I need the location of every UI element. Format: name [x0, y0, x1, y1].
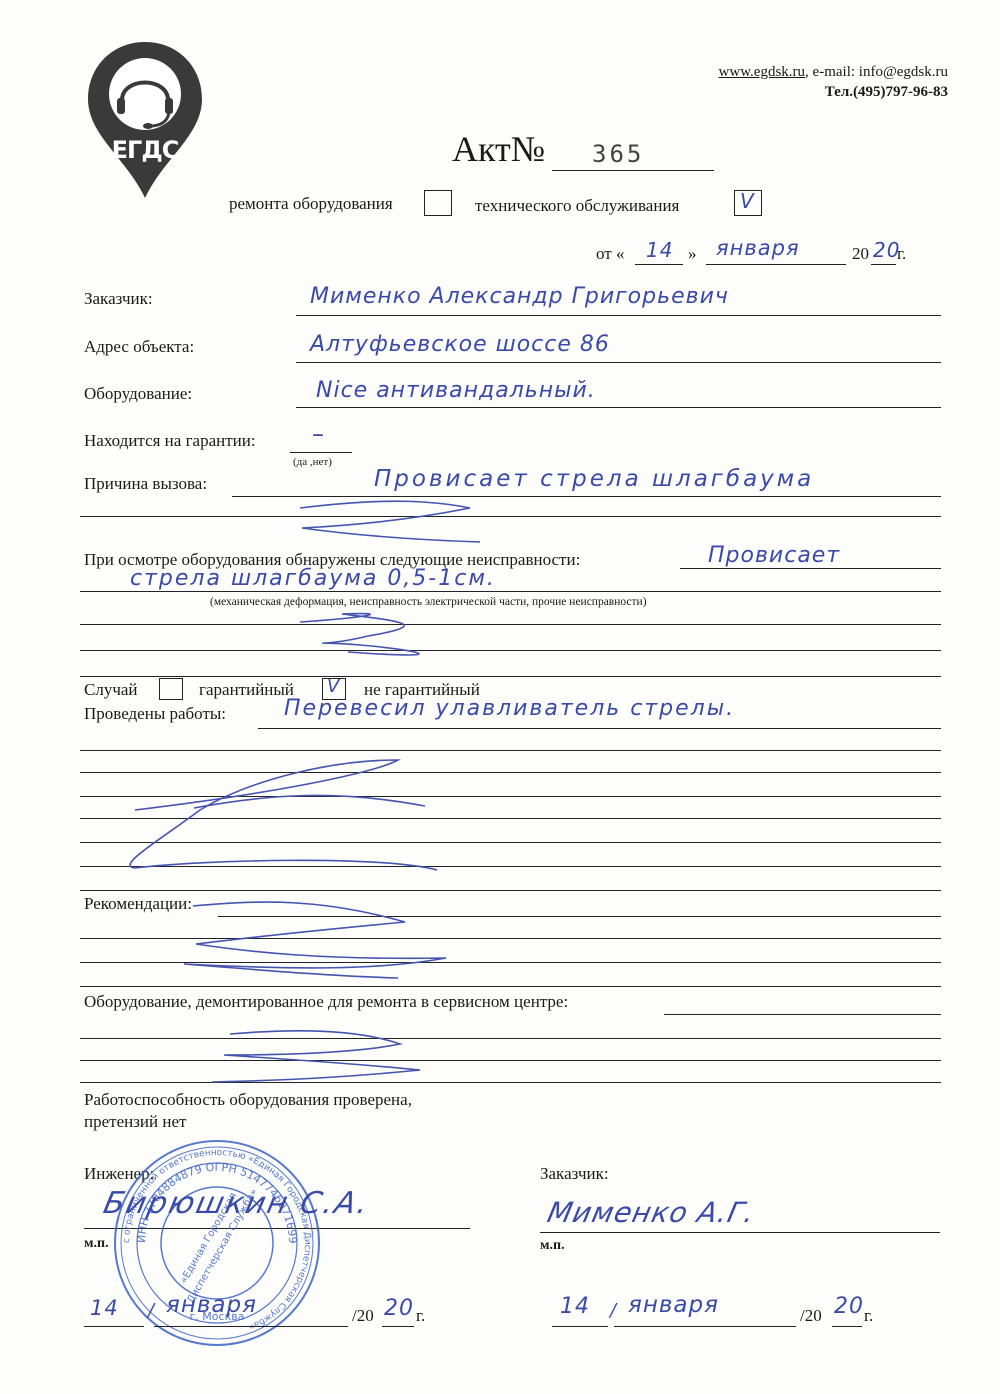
customer-signature-line: [540, 1232, 940, 1233]
engineer-date-sep: /: [148, 1300, 155, 1321]
engineer-date-month[interactable]: января: [166, 1292, 257, 1318]
customer-date-sep: /: [610, 1300, 617, 1321]
customer-date-month-line: [614, 1326, 796, 1327]
engineer-date-suffix: г.: [416, 1306, 425, 1326]
customer-date-year-prefix: /20: [800, 1306, 822, 1326]
customer-date-day[interactable]: 14: [560, 1294, 590, 1319]
engineer-date-year[interactable]: 20: [384, 1296, 414, 1321]
customer-date-day-line: [552, 1326, 608, 1327]
engineer-date-year-prefix: /20: [352, 1306, 374, 1326]
customer-date-suffix: г.: [864, 1306, 873, 1326]
confirm-line-1: Работоспособность оборудования проверена…: [84, 1090, 412, 1110]
engineer-date-year-line: [382, 1326, 414, 1327]
customer-sign-label: Заказчик:: [540, 1164, 609, 1184]
engineer-date-day-line: [84, 1326, 144, 1327]
engineer-date-month-line: [154, 1326, 348, 1327]
confirm-line-2: претензий нет: [84, 1112, 186, 1132]
engineer-signature: Бирюшкин С.А.: [100, 1186, 373, 1221]
customer-date-year[interactable]: 20: [834, 1294, 864, 1319]
customer-mp-label: м.п.: [540, 1238, 565, 1254]
customer-date-year-line: [832, 1326, 862, 1327]
customer-date-month[interactable]: января: [628, 1292, 719, 1318]
engineer-date-day[interactable]: 14: [90, 1296, 119, 1320]
customer-signature: Мименко А.Г.: [544, 1196, 758, 1229]
engineer-mp-label: м.п.: [84, 1236, 109, 1252]
